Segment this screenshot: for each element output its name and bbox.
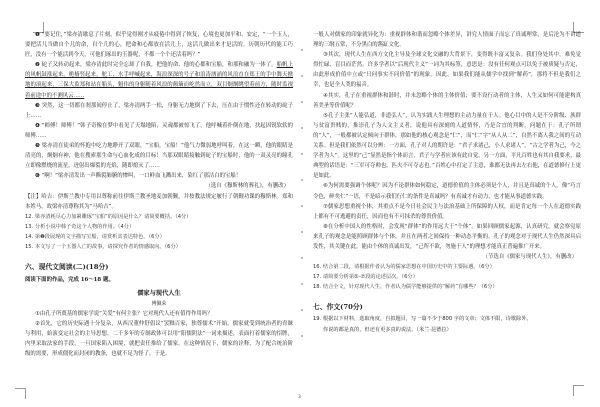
- story-paragraph-1: ❶ “要记住，”梁亦清歇息了片刻，似乎觉得刚才从疲倦中得到了恢复，心境也更加平和…: [25, 30, 293, 60]
- article-paragraph-1: ①由孔子所奠基的儒家学说“关爱”有何主张？它对现代人还有值得作用吗？: [25, 309, 293, 319]
- story-paragraph-2-lead: ❷ 砣子又转动起来，梁亦清此时完全忘却了自我，把他的命、他的心都和宝船，和那和融…: [35, 62, 277, 68]
- left-page: ❶ “要记住，”梁亦清歇息了片刻，似乎觉得刚才从疲倦中得到了恢复，心境也更加平和…: [25, 30, 293, 360]
- story-paragraph-6: ❻ “啊！”梁亦清发出一声撕裂肺腑的惨叫，一口鲜血飞溅出来，染红了那洁白的宝船！: [25, 171, 293, 181]
- binding-gutter: [296, 25, 308, 385]
- section-7-title: 七、作文(70分): [313, 300, 581, 314]
- article-paragraph-2: ②首先，它的历史际遇十分复杂，从西汉董仲舒倡议“罢黜百家，独尊儒术”开始，儒家就…: [25, 319, 293, 359]
- question-16: 16. 结合第二段，请根据作者认为的儒家思想在中国历史中的主要际遇。（6分）: [313, 262, 581, 272]
- article-paragraph-8: ⑧在分析中国人的性格时，会发现“群体”的作用远大于“个体”。如果回顾儒家起源，认…: [313, 222, 581, 252]
- crop-mark-bottom-left: [15, 388, 26, 399]
- story-note: 【注】哈吉：伊斯兰教中专用以尊称前往伊斯兰教圣地麦加朝觐，并按教法规定履行了朝觐…: [25, 192, 293, 212]
- question-18: 18. 结合全文，针对现代人生，作者认为儒学能够提供的“解药”有哪些？（6分）: [313, 282, 581, 292]
- article-paragraph-6: ⑥为何需要强调个体呢？因为不论群体如何稳定，道德价值的主体必须是个人，并且是真诚…: [313, 181, 581, 201]
- questions-12-15: 12. 梁亦清耗尽心力加紧雕琢“宝船”的原因是什么？请简要概括。（4分） 13.…: [25, 212, 293, 252]
- article-paragraph-2-cont: 一般人对儒家的印象就异化为：重视群体和谐而忽略个体差异，讲究人情面子而忘了真诚理…: [313, 30, 581, 50]
- right-page: 一般人对儒家的印象就异化为：重视群体和谐而忽略个体差异，讲究人情面子而忘了真诚理…: [313, 30, 581, 335]
- article-author: 傅佩荣: [25, 300, 293, 309]
- story-paragraph-4: ❹ “师傅！师傅！”韩子奇像在梦中看见了天塌地陷，灵魂都被惊飞了，他呼喊着扑倒在…: [25, 121, 293, 141]
- story-source: （选自《穆斯林的葬礼》，有删改）: [25, 181, 293, 191]
- story-paragraph-5: ❺ 梁亦清在徒弟的怀抱中吃力地睁开了双眼，“宝船，宝船！”他气力微弱地呼叫着，在…: [25, 141, 293, 171]
- question-12: 12. 梁亦清耗尽心力加紧雕琢“宝船”的原因是什么？请简要概括。（4分）: [25, 212, 293, 222]
- page-number: 3: [298, 395, 301, 400]
- question-15: 15. 本文写了一个玉器人亡的故事，请探究作者的情感取向。（6分）: [25, 242, 293, 252]
- questions-16-18: 16. 结合第二段，请根据作者认为的儒家思想在中国历史中的主要际遇。（6分） 1…: [313, 262, 581, 292]
- article-paragraph-5: ⑤孔子主张“人能弘道，非道弘人”，认为实践人生理想的主动力量在于人。他心目中的人…: [313, 111, 581, 182]
- crop-mark-bottom-right: [573, 385, 584, 396]
- story-excerpt: ❶ “要记住，”梁亦清歇息了片刻，似乎觉得刚才从疲倦中得到了恢复，心境也更加平和…: [25, 30, 293, 212]
- article-paragraph-3: ③其次，现代人生在西方文化主导及全球文化交融的大背景下，变得既丰富又复杂。我们身…: [313, 50, 581, 90]
- article-title: 儒家与现代人生: [25, 288, 293, 300]
- section-6-title: 六、现代文阅读(二)(18分): [25, 260, 293, 274]
- essay-quote: 你说的都是真的，但还有更多真的说法。（米兰·昆德拉）: [313, 325, 581, 335]
- article-source: （节选自《儒家与现代人生》，有删改）: [313, 252, 581, 262]
- essay-question-19: 19. 根据以下材料，选取角度，自拟题目，写一篇不少于800 字的文章；文体不限…: [313, 314, 581, 334]
- article-paragraph-4: ④其实，孔子在重视群体和谐时，并未忽略个体的主体价值；要不设行动者的主体，人生又…: [313, 91, 581, 111]
- question-17: 17. 请简要分析第⑤-⑦段的论述层次。（6分）: [313, 272, 581, 282]
- question-14: 14. 第❷段展现的文字描写宝船，请赏析其表达特色。（6分）: [25, 232, 293, 242]
- question-13: 13. 分析小说中韩子奇这个人物的作用。（4分）: [25, 222, 293, 232]
- story-paragraph-3: ❸ 突然，这一切都在刹那间停止了，梁亦清两手一松，身躯无力地倒了下去，压在由于惯…: [25, 101, 293, 121]
- section-6-instruction: 阅读下面的作品，完成 16～18 题。: [25, 274, 293, 286]
- article-paragraph-7: ⑦儒家思想重视个体，其重点不是今日社会民主与法治基础上所保障的人权，而是肯定每一…: [313, 202, 581, 222]
- document-spread: ❶ “要记住，”梁亦清歇息了片刻，似乎觉得刚才从疲倦中得到了恢复，心境也更加平和…: [0, 0, 600, 407]
- story-paragraph-2: ❷ 砣子又转动起来，梁亦清此时完全忘却了自我，把他的命、他的心都和宝船，和那和融…: [25, 60, 293, 100]
- essay-prompt: 19. 根据以下材料，选取角度，自拟题目，写一篇不少于800 字的文章；文体不限…: [313, 316, 532, 322]
